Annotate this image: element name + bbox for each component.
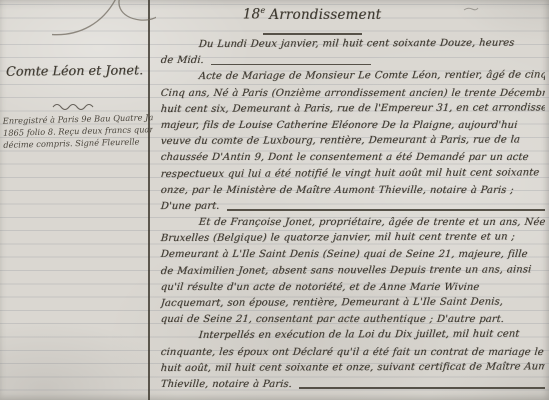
page-title: 18eArrondissement (232, 6, 392, 23)
filler-rule (211, 64, 371, 65)
margin-act-title: Comte Léon et Jonet. (6, 63, 143, 79)
handwritten-line: Thieville, notaire à Paris. (160, 377, 545, 393)
handwritten-text: onze, par le Ministère de Maître Aumont … (160, 183, 514, 199)
handwritten-text: de Maximilien Jonet, absent sans nouvell… (160, 264, 532, 280)
register-page: 18eArrondissement Comte Léon et Jonet. E… (0, 0, 549, 400)
arrondissement-number: 18 (243, 7, 261, 23)
handwritten-text: Et de Françoise Jonet, propriétaire, âgé… (198, 215, 545, 231)
handwritten-line: cinquante, les époux ont Déclaré qu'il a… (160, 345, 545, 361)
handwritten-text: Interpellés en exécution de la Loi du Di… (198, 328, 520, 344)
handwritten-line: Et de Françoise Jonet, propriétaire, âgé… (160, 215, 545, 231)
handwritten-text: Thieville, notaire à Paris. (160, 377, 293, 393)
handwritten-line: Du Lundi Deux janvier, mil huit cent soi… (160, 37, 545, 53)
handwritten-line: D'une part. (160, 199, 545, 215)
handwritten-text: Demeurant à L'Ile Saint Denis (Seine) qu… (160, 247, 528, 263)
handwritten-text: qu'il résulte d'un acte de notoriété, et… (160, 280, 480, 296)
handwritten-text: Acte de Mariage de Monsieur Le Comte Léo… (198, 69, 545, 85)
handwritten-line: majeur, fils de Louise Catherine Eléonor… (160, 118, 545, 134)
handwritten-line: de Maximilien Jonet, absent sans nouvell… (160, 264, 545, 280)
filler-rule (227, 209, 545, 210)
handwritten-line: Bruxelles (Belgique) le quatorze janvier… (160, 231, 545, 247)
handwritten-text: Jacquemart, son épouse, rentière, Demeur… (160, 296, 504, 312)
separator-squiggle-icon (52, 101, 96, 111)
handwritten-text: Du Lundi Deux janvier, mil huit cent soi… (198, 37, 515, 53)
handwritten-line: veuve du comte de Luxbourg, rentière, De… (160, 134, 545, 150)
title-underline (263, 33, 362, 35)
handwritten-line: Demeurant à L'Ile Saint Denis (Seine) qu… (160, 247, 545, 263)
handwritten-line: huit août, mil huit cent soixante et onz… (160, 361, 545, 377)
handwritten-line: de Midi. (160, 53, 545, 69)
paraph-flourish-icon (52, 0, 156, 44)
handwritten-line: Cinq ans, Né à Paris (Onzième arrondisse… (160, 86, 545, 102)
handwritten-line: qu'il résulte d'un acte de notoriété, et… (160, 280, 545, 296)
handwritten-line: Interpellés en exécution de la Loi du Di… (160, 328, 545, 344)
handwritten-text: huit cent six, Demeurant à Paris, rue de… (160, 102, 545, 118)
handwritten-text: respectueux qui lui a été notifié le vin… (160, 167, 540, 183)
handwritten-line: chaussée D'Antin 9, Dont le consentement… (160, 150, 545, 166)
handwritten-text: chaussée D'Antin 9, Dont le consentement… (160, 150, 529, 166)
handwritten-line: onze, par le Ministère de Maître Aumont … (160, 183, 545, 199)
handwritten-line: quai de Seine 21, consentant par acte au… (160, 312, 545, 328)
handwritten-text: Cinq ans, Né à Paris (Onzième arrondisse… (160, 86, 545, 102)
handwritten-text: cinquante, les époux ont Déclaré qu'il a… (160, 345, 544, 361)
handwritten-text: quai de Seine 21, consentant par acte au… (160, 312, 505, 328)
ink-scribble-mark (463, 5, 479, 13)
handwritten-text: huit août, mil huit cent soixante et onz… (160, 361, 545, 377)
handwritten-line: huit cent six, Demeurant à Paris, rue de… (160, 102, 545, 118)
handwritten-line: Jacquemart, son épouse, rentière, Demeur… (160, 296, 545, 312)
handwritten-text: majeur, fils de Louise Catherine Eléonor… (160, 118, 518, 134)
ordinal-suffix: e (260, 6, 265, 15)
handwritten-text: veuve du comte de Luxbourg, rentière, De… (160, 134, 521, 150)
filler-rule (299, 387, 545, 388)
body-lines: Du Lundi Deux janvier, mil huit cent soi… (160, 37, 545, 397)
handwritten-text: D'une part. (160, 199, 220, 215)
handwritten-line: respectueux qui lui a été notifié le vin… (160, 167, 545, 183)
handwritten-text: de Midi. (160, 53, 204, 69)
handwritten-line: Acte de Mariage de Monsieur Le Comte Léo… (160, 69, 545, 85)
registration-note: Enregistré à Paris 9e Bau Quatre Janvier… (3, 112, 154, 151)
handwritten-text: Bruxelles (Belgique) le quatorze janvier… (160, 231, 515, 247)
margin-divider-line (148, 0, 150, 400)
arrondissement-label: Arrondissement (269, 7, 381, 23)
